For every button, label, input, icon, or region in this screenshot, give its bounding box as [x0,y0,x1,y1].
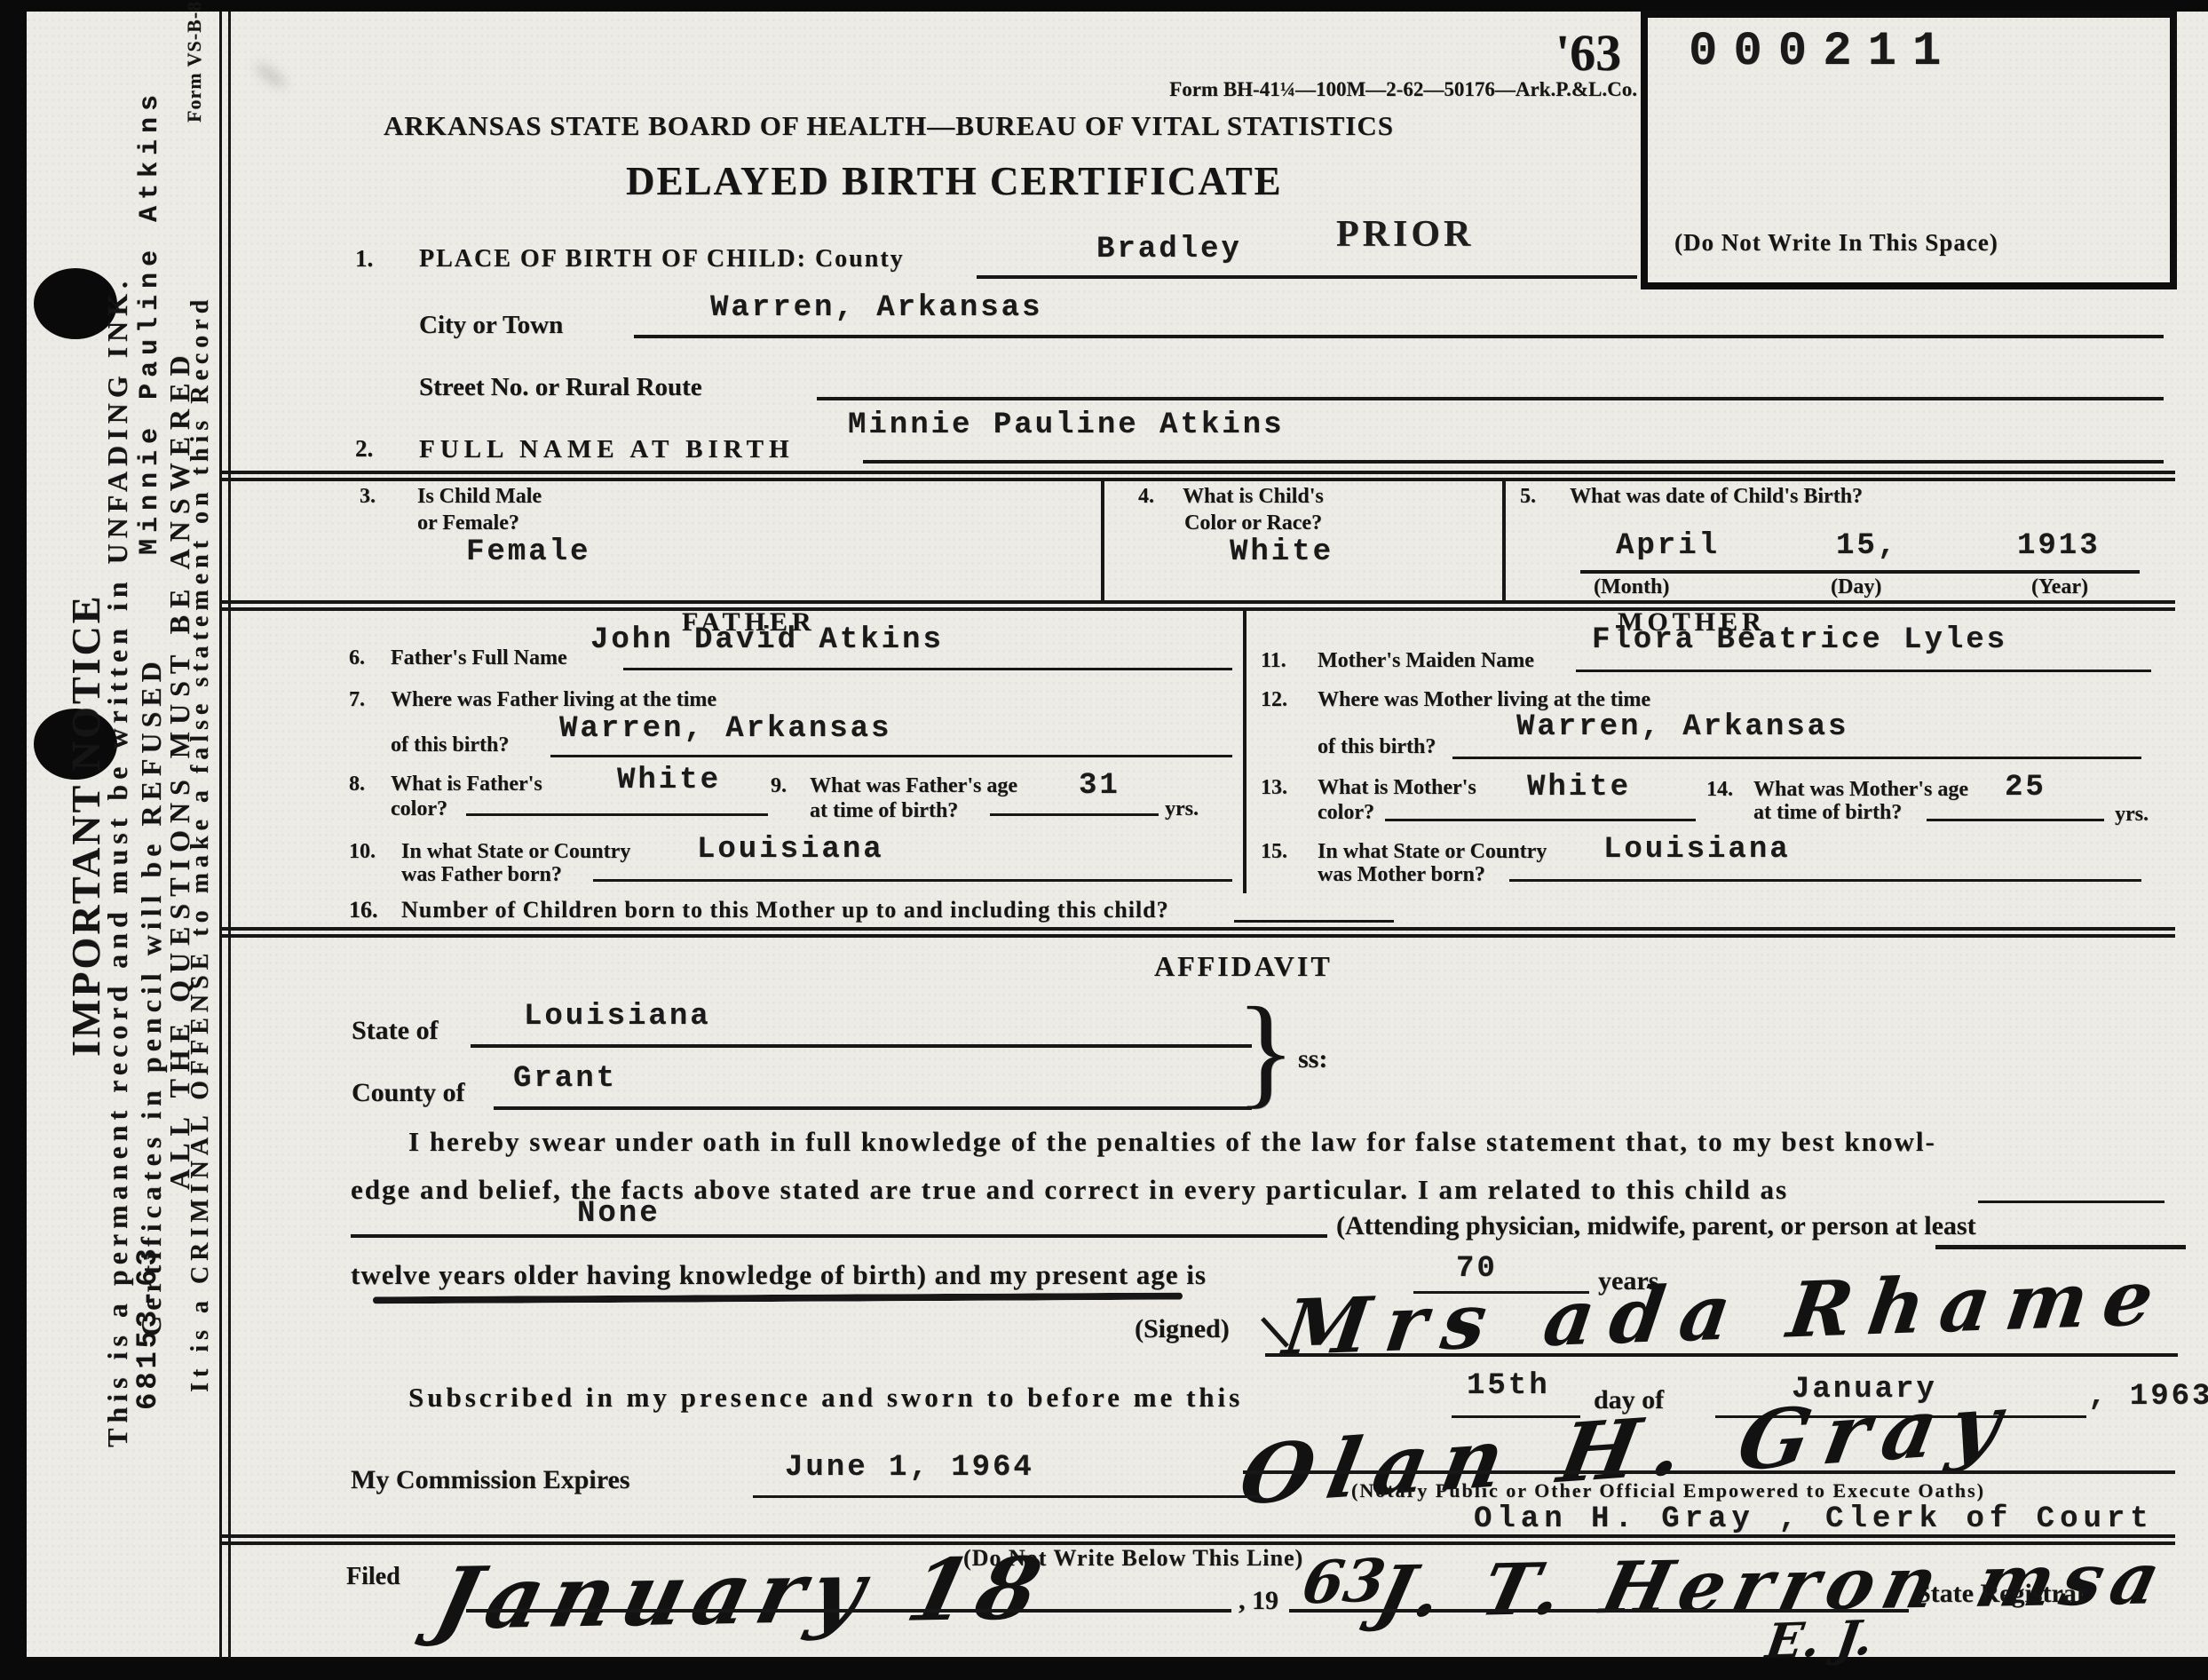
field16-label: Number of Children born to this Mother u… [401,897,1169,923]
notary-typed-name: Olan H. Gray , Clerk of Court [1474,1502,2154,1536]
section-rule [219,607,2175,611]
oath-text-line1: I hereby swear under oath in full knowle… [408,1126,1936,1158]
section-rule [219,927,2175,931]
field8-number: 8. [349,773,365,796]
ink-smudge [253,60,289,91]
field12-label-line2: of this birth? [1318,735,1436,759]
person-at-least-underline [1935,1245,2186,1249]
father-color-value: White [617,764,721,797]
relation-line [351,1234,1327,1238]
registrar-initials: E. J. [1762,1609,1877,1669]
race-value: White [1230,535,1334,569]
father-birthplace-line [593,879,1232,882]
field10-label-line1: In what State or Country [401,840,630,864]
filed-date-handwriting: January 18 [426,1538,1058,1649]
field14-label-line1: What was Mother's age [1753,778,1968,802]
affidavit-state-label: State of [352,1016,438,1046]
day-caption: (Day) [1831,575,1881,599]
street-line [817,397,2164,400]
field2-label: FULL NAME AT BIRTH [419,435,795,464]
parents-divider [1243,607,1246,893]
oath-text-line2: edge and belief, the facts above stated … [351,1174,1788,1206]
field8-label-line1: What is Father's [391,773,542,796]
notary-signature-line [1243,1470,2175,1474]
state-registrar-label: State Registrar [1916,1579,2088,1609]
full-name-value: Minnie Pauline Atkins [848,408,1284,442]
field5-number: 5. [1520,485,1536,509]
affidavit-county-label: County of [352,1078,465,1108]
father-birthplace-value: Louisiana [697,833,884,867]
year-caption: (Year) [2031,575,2088,599]
field1-number: 1. [355,245,373,273]
notary-caption: (Notary Public or Other Official Empower… [1351,1479,1985,1502]
field15-label-line1: In what State or Country [1318,840,1547,864]
city-line [634,335,2164,338]
city-value: Warren, Arkansas [710,291,1042,325]
field12-number: 12. [1261,688,1287,712]
do-not-write-label: (Do Not Write In This Space) [1674,229,1998,257]
affidavit-county-value: Grant [513,1062,617,1096]
street-label: Street No. or Rural Route [419,373,702,402]
field14-number: 14. [1706,778,1733,802]
sidebar-criminal-offense-line: It is a CRIMINAL OFFENSE to make a false… [186,295,215,1392]
field7-label-line1: Where was Father living at the time [391,688,716,712]
mother-color-value: White [1527,771,1631,804]
document-title: DELAYED BIRTH CERTIFICATE [626,158,1283,204]
subscribed-text: Subscribed in my presence and sworn to b… [408,1382,1243,1414]
form-border-line [219,12,222,1659]
signed-label: (Signed) [1135,1314,1230,1344]
full-name-line [863,460,2164,464]
father-age-line [990,813,1159,816]
field9-label-line2: at time of birth? [810,799,958,823]
field10-number: 10. [349,840,376,864]
dob-year-value: 1913 [2017,529,2101,563]
field9-label-line1: What was Father's age [810,774,1017,798]
field12-label-line1: Where was Mother living at the time [1318,688,1650,712]
field7-number: 7. [349,688,365,712]
sidebar-form-code: Form VS-B-80 [183,0,206,123]
mother-age-line [1927,819,2104,821]
field13-number: 13. [1261,776,1287,800]
section-rule [219,934,2175,938]
section-rule [219,600,2175,604]
certificate-number: 000211 [1689,25,1957,79]
attending-caption: (Attending physician, midwife, parent, o… [1336,1211,1976,1241]
affidavit-heading: AFFIDAVIT [1154,950,1333,983]
father-age-value: 31 [1079,769,1120,803]
field15-label-line2: was Mother born? [1318,863,1485,887]
field10-label-line2: was Father born? [401,863,562,887]
mother-birthplace-value: Louisiana [1603,833,1791,867]
dob-day-value: 15, [1836,529,1898,563]
field4-label-line1: What is Child's [1183,485,1324,509]
scanned-delayed-birth-certificate: IMPORTANT NOTICE This is a permanent rec… [0,0,2208,1680]
mother-age-value: 25 [2005,771,2046,804]
field11-number: 11. [1261,649,1286,673]
mother-name-value: Flora Beatrice Lyles [1592,623,2007,657]
field16-line [1234,920,1394,923]
father-yrs-label: yrs. [1165,797,1199,821]
affidavit-state-value: Louisiana [524,1000,711,1034]
agency-title: ARKANSAS STATE BOARD OF HEALTH—BUREAU OF… [384,110,1394,142]
sworn-year-value: , 1963 [2088,1380,2208,1414]
mother-color-line [1385,819,1696,821]
field4-number: 4. [1138,485,1154,509]
affidavit-state-line [471,1044,1252,1048]
affidavit-county-line [494,1106,1252,1110]
field6-number: 6. [349,646,365,670]
field13-label-line1: What is Mother's [1318,776,1476,800]
field9-number: 9. [771,774,787,798]
field14-label-line2: at time of birth? [1753,801,1902,825]
mother-yrs-label: yrs. [2115,803,2149,827]
section-rule [219,471,2175,474]
relation-value: None [577,1197,661,1231]
field8-label-line2: color? [391,797,447,821]
field7-label-line2: of this birth? [391,733,509,757]
sex-value: Female [466,535,590,569]
filed-line [466,1609,1231,1613]
father-name-line [623,668,1232,670]
signature-line [1265,1353,2178,1357]
section-rule [219,1534,2175,1538]
scan-edge-left [0,0,27,1680]
county-value: Bradley [1096,233,1242,266]
affidavit-ss-label: ss: [1298,1044,1327,1074]
father-residence-value: Warren, Arkansas [559,712,891,746]
sidebar-permanent-record-line: This is a permanent record and must be w… [101,276,134,1447]
field3-number: 3. [360,485,376,509]
filed-19-printed: , 19 [1239,1586,1278,1616]
field4-label-line2: Color or Race? [1184,511,1322,535]
column-divider [1101,479,1104,600]
father-name-value: John David Atkins [590,623,944,657]
city-label: City or Town [419,311,563,340]
father-color-line [466,813,768,816]
dob-month-value: April [1616,529,1720,563]
mother-residence-value: Warren, Arkansas [1516,710,1848,744]
field6-label: Father's Full Name [391,646,567,670]
field16-number: 16. [349,897,378,923]
field11-label: Mother's Maiden Name [1318,649,1534,673]
column-divider [1502,479,1506,600]
field5-label: What was date of Child's Birth? [1570,485,1863,509]
field3-label-line1: Is Child Male [417,485,542,509]
field3-label-line2: or Female? [417,511,519,535]
mother-birthplace-line [1509,879,2141,882]
commission-label: My Commission Expires [351,1465,629,1495]
field13-label-line2: color? [1318,801,1374,825]
section-rule [219,478,2175,481]
prior-stamp: PRIOR [1336,213,1474,256]
brace-glyph: } [1236,989,1295,1113]
form-border-line [228,12,231,1659]
sworn-day-value: 15th [1467,1369,1550,1403]
oath-heavy-underline [373,1293,1183,1304]
form-number: Form BH-41¼—100M—2-62—50176—Ark.P.&L.Co. [1065,78,1637,101]
father-residence-line [550,755,1232,757]
mother-residence-line [1452,757,2141,759]
oath-text-line3: twelve years older having knowledge of b… [351,1259,1207,1291]
dob-line [1580,570,2140,574]
field2-number: 2. [355,435,373,463]
sidebar-typed-name: Minnie Pauline Atkins [135,89,165,555]
commission-line [753,1495,1261,1498]
commission-date-value: June 1, 1964 [785,1451,1034,1485]
field15-number: 15. [1261,840,1287,864]
year-stamp: '63 [1555,23,1621,83]
field1-label: PLACE OF BIRTH OF CHILD: County [419,245,905,273]
filed-label: Filed [346,1563,400,1591]
mother-name-line [1576,670,2151,672]
county-line [977,275,1637,279]
relation-line-end [1978,1201,2164,1203]
month-caption: (Month) [1594,575,1669,599]
scan-edge-bottom [0,1657,2208,1680]
